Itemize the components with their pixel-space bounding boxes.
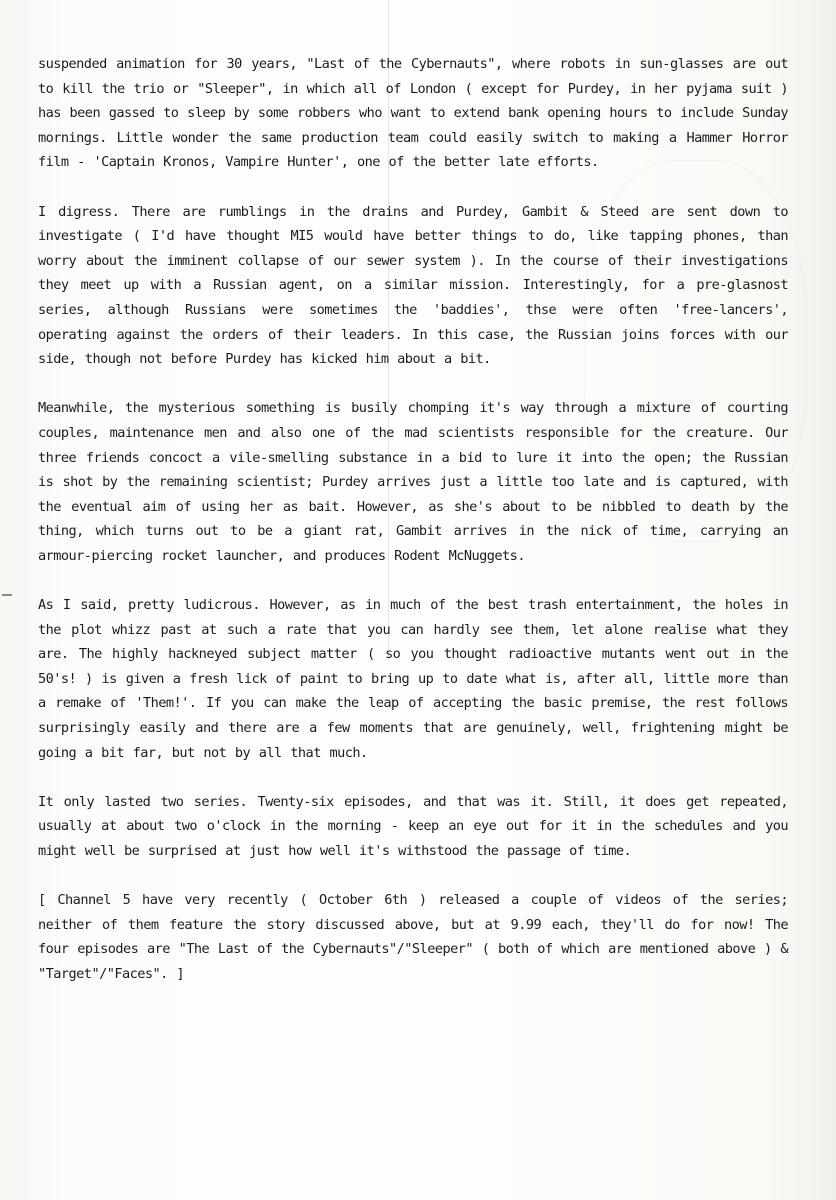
paragraph-5: It only lasted two series. Twenty-six ep… — [38, 790, 788, 864]
paragraph-4: As I said, pretty ludicrous. However, as… — [38, 593, 788, 765]
article-body: suspended animation for 30 years, "Last … — [38, 52, 788, 1011]
paragraph-3: Meanwhile, the mysterious something is b… — [38, 396, 788, 568]
scanned-page: suspended animation for 30 years, "Last … — [0, 0, 836, 1200]
paragraph-1: suspended animation for 30 years, "Last … — [38, 52, 788, 175]
paragraph-6: [ Channel 5 have very recently ( October… — [38, 888, 788, 986]
margin-mark — [2, 594, 12, 596]
paragraph-2: I digress. There are rumblings in the dr… — [38, 200, 788, 372]
